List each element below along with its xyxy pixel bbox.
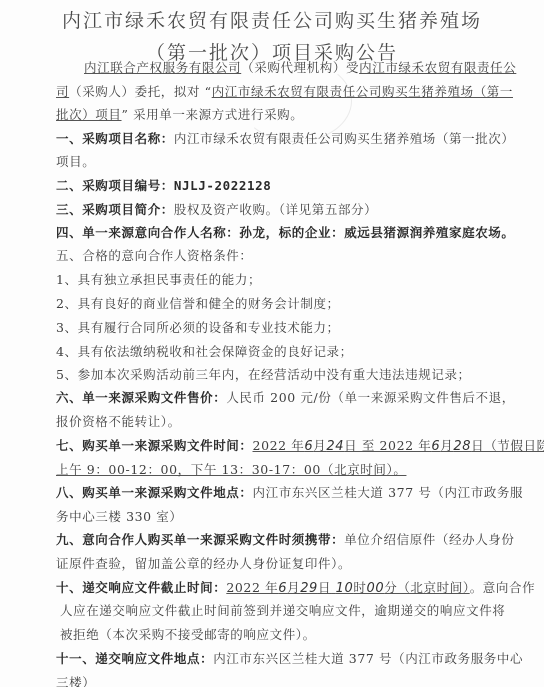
section-7-cont: 上午 9：00-12：00，下午 13：30-17：00（北京时间）。 (56, 462, 406, 478)
intro-line2: 司（采购人）委托，拟对 “内江市绿禾农贸有限责任公司购买生猪养殖场（第一 (56, 84, 513, 100)
month-label: 月 (440, 438, 453, 453)
section-6-label: 六、单一来源采购文件售价： (56, 390, 226, 405)
section-8: 八、购买单一来源采购文件地点：内江市东兴区兰桂大道 377 号（内江市政务服 (56, 485, 523, 501)
deadline-minute-handwritten: 00 (366, 581, 384, 596)
section-1-cont: 项目。 (56, 154, 95, 170)
section-9: 九、意向合作人购买单一来源采购文件时须携带：单位介绍信原件（经办人身份 (56, 532, 515, 548)
section-1-label: 一、采购项目名称： (56, 131, 174, 146)
qualification-item: 2、具有良好的商业信誉和健全的财务会计制度； (56, 296, 340, 312)
section-5-label: 五、合格的意向合作人资格条件： (56, 248, 253, 263)
intro-line3: 批次）项目” 采用单一来源方式进行采购。 (56, 107, 303, 123)
office-hours: 上午 9：00-12：00，下午 13：30-17：00（北京时间）。 (56, 462, 406, 477)
section-11-cont: 三楼） (56, 675, 95, 687)
section-3: 三、采购项目简介：股权及资产收购。（详见第五部分） (56, 202, 377, 218)
purchaser-name-part1: 内江市绿禾农贸有限责任公 (359, 60, 516, 75)
project-number: NJLJ-2022128 (174, 178, 272, 193)
section-10-label: 十、递交响应文件截止时间： (56, 580, 226, 595)
project-name-part1: 内江市绿禾农贸有限责任公司购买生猪养殖场（第一 (212, 84, 513, 99)
section-2-label: 二、采购项目编号： (56, 178, 174, 193)
section-6-cont: 报价资格不能转让）。 (56, 414, 181, 430)
section-7: 七、购买单一来源采购文件时间：2022 年6月24日 至 2022 年6月28日… (56, 438, 544, 455)
end-day-handwritten: 28 (453, 439, 471, 454)
qualification-item: 1、具有独立承担民事责任的能力； (56, 272, 261, 288)
section-6-value: 人民币 200 元/份（单一来源采购文件售后不退， (226, 390, 515, 405)
section-4-value: 孙龙，标的企业：威远县猪源润养殖家庭农场。 (239, 225, 514, 240)
section-10: 十、递交响应文件截止时间：2022 年6月29日 10时00分（北京时间）。意向… (56, 580, 535, 597)
section-2: 二、采购项目编号：NJLJ-2022128 (56, 178, 271, 194)
section-3-value: 股权及资产收购。（详见第五部分） (174, 202, 377, 217)
section-11: 十一、递交响应文件地点：内江市东兴区兰桂大道 377 号（内江市政务服务中心 (56, 651, 523, 667)
purchase-period: 2022 年6月24日 至 2022 年6月28日（节假日除外）， (253, 438, 544, 453)
section-9-label: 九、意向合作人购买单一来源采购文件时须携带： (56, 532, 344, 547)
section-8-value: 内江市东兴区兰桂大道 377 号（内江市政务服 (253, 485, 524, 500)
section-11-label: 十一、递交响应文件地点： (56, 651, 213, 666)
section-4: 四、单一来源意向合作人名称：孙龙，标的企业：威远县猪源润养殖家庭农场。 (56, 225, 515, 241)
month-label: 月 (313, 438, 326, 453)
holiday-note: 日（节假日除外）， (471, 438, 544, 453)
intro-line1: 内江联合产权服务有限公司（采购代理机构）受内江市绿禾农贸有限责任公 (84, 60, 516, 76)
section-3-label: 三、采购项目简介： (56, 202, 174, 217)
day-label: 日 (318, 580, 331, 595)
agency-role: （采购代理机构）受 (241, 60, 359, 75)
start-year: 2022 年 (253, 438, 305, 453)
deadline-year: 2022 年 (226, 580, 278, 595)
document-title-line1: 内江市绿禾农贸有限责任公司购买生猪养殖场 (0, 6, 544, 33)
section-9-value: 单位介绍信原件（经办人身份 (344, 532, 514, 547)
section-1: 一、采购项目名称：内江市绿禾农贸有限责任公司购买生猪养殖场（第一批次） (56, 131, 515, 147)
section-9-cont: 证原件查验，留加盖公章的经办人身份证复印件）。 (56, 556, 351, 572)
section-5: 五、合格的意向合作人资格条件： (56, 248, 253, 264)
qualification-item: 4、具有依法缴纳税收和社会保障资金的良好记录； (56, 344, 353, 360)
section-8-cont: 务中心三楼 330 室） (56, 509, 183, 525)
project-name-part2: 批次）项目 (56, 107, 122, 122)
section-10-cont: 人应在递交响应文件截止时间前签到并递交响应文件，逾期递交的响应文件将 (60, 603, 505, 619)
minute-label: 分（北京时间） (384, 580, 469, 595)
month-label: 月 (287, 580, 300, 595)
procurement-method: ” 采用单一来源方式进行采购。 (122, 107, 304, 122)
agency-name: 内江联合产权服务有限公司 (84, 60, 241, 75)
end-month-handwritten: 6 (431, 439, 440, 454)
section-8-label: 八、购买单一来源采购文件地点： (56, 485, 253, 500)
deadline-hour-handwritten: 10 (336, 581, 354, 596)
qualification-item: 3、具有履行合同所必须的设备和专业技术能力； (56, 320, 340, 336)
deadline-day-handwritten: 29 (300, 581, 318, 596)
document-page: 内江市绿禾农贸有限责任公司购买生猪养殖场 （第一批次）项目采购公告 内江联合产权… (0, 0, 544, 687)
section-10-cont2: 被拒绝（本次采购不接受邮寄的响应文件）。 (60, 627, 316, 643)
start-month-handwritten: 6 (304, 439, 313, 454)
deadline-month-handwritten: 6 (278, 581, 287, 596)
section-10-tail: 。意向合作 (470, 580, 536, 595)
deadline: 2022 年6月29日 10时00分（北京时间） (226, 580, 469, 595)
end-year-label: 日 至 2022 年 (344, 438, 431, 453)
section-1-value: 内江市绿禾农贸有限责任公司购买生猪养殖场（第一批次） (174, 131, 515, 146)
hour-label: 时 (353, 580, 366, 595)
section-7-label: 七、购买单一来源采购文件时间： (56, 438, 253, 453)
qualification-item: 5、参加本次采购活动前三年内，在经营活动中没有重大违法违规记录； (56, 367, 471, 383)
section-6: 六、单一来源采购文件售价：人民币 200 元/份（单一来源采购文件售后不退， (56, 390, 515, 406)
purchaser-role: （采购人）委托，拟对 “ (69, 84, 212, 99)
purchaser-name-part2: 司 (56, 84, 69, 99)
start-day-handwritten: 24 (326, 439, 344, 454)
section-11-value: 内江市东兴区兰桂大道 377 号（内江市政务服务中心 (213, 651, 523, 666)
section-4-label: 四、单一来源意向合作人名称： (56, 225, 239, 240)
